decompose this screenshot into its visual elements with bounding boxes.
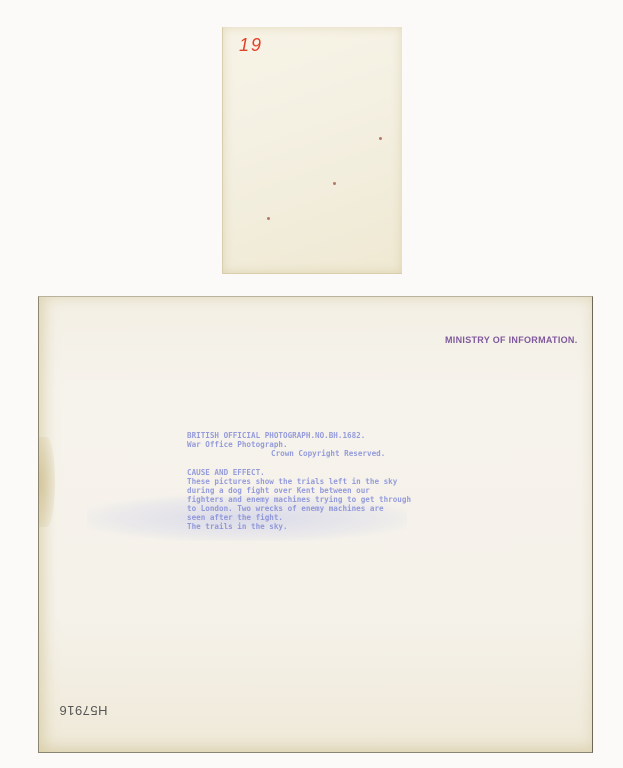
handwritten-number: 19 xyxy=(239,35,263,56)
small-photo-card: 19 xyxy=(222,27,402,274)
caption-line: fighters and enemy machines trying to ge… xyxy=(187,495,411,504)
caption-line: These pictures show the trials left in t… xyxy=(187,477,397,486)
photograph-back: MINISTRY OF INFORMATION. BRITISH OFFICIA… xyxy=(38,296,593,753)
caption-line: during a dog fight over Kent between our xyxy=(187,486,370,495)
typed-header-line3: Crown Copyright Reserved. xyxy=(271,449,385,458)
caption-line: to London. Two wrecks of enemy machines … xyxy=(187,504,384,513)
glue-stain xyxy=(39,437,55,527)
ministry-stamp: MINISTRY OF INFORMATION. xyxy=(445,335,578,345)
foxing-spot xyxy=(379,137,382,140)
caption-line: The trails in the sky. xyxy=(187,522,288,531)
typed-header-line2: War Office Photograph. xyxy=(187,440,288,449)
typed-header-line1: BRITISH OFFICIAL PHOTOGRAPH.NO.BH.1682. xyxy=(187,431,365,440)
caption-line: seen after the fight. xyxy=(187,513,283,522)
inventory-number: H57916 xyxy=(59,703,108,718)
foxing-spot xyxy=(333,182,336,185)
caption-title: CAUSE AND EFFECT. xyxy=(187,468,265,477)
foxing-spot xyxy=(267,217,270,220)
